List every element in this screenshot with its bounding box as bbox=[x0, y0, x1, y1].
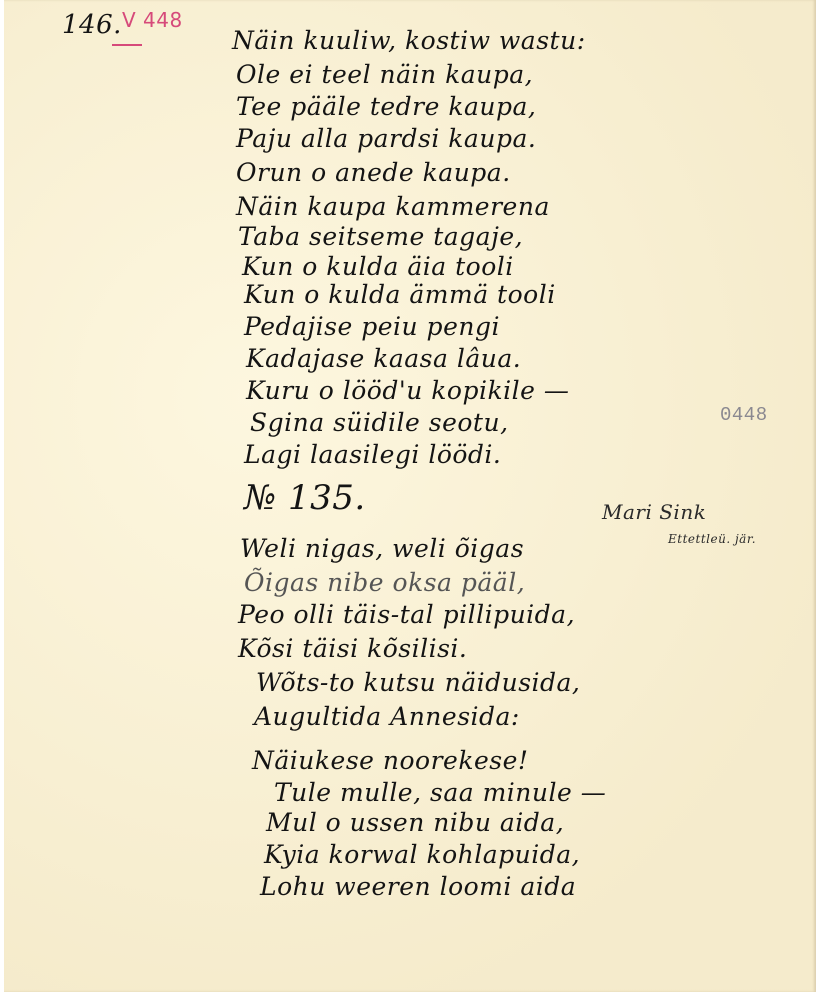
verse-line: Näiukese noorekese! bbox=[252, 746, 528, 775]
song-number: № 135. bbox=[244, 478, 366, 518]
verse-line: Orun o anede kaupa. bbox=[236, 158, 511, 187]
verse-line: Augultida Annesida: bbox=[254, 702, 520, 731]
verse-line: Pedajise peiu pengi bbox=[244, 312, 500, 341]
verse-line: Lagi laasilegi löödi. bbox=[244, 440, 501, 469]
verse-line: Kyia korwal kohlapuida, bbox=[264, 840, 580, 869]
singer-village: Ettettleü. jär. bbox=[668, 532, 756, 546]
verse-line: Kun o kulda ämmä tooli bbox=[244, 280, 556, 309]
verse-line: Ole ei teel näin kaupa, bbox=[236, 60, 533, 89]
verse-line: Lohu weeren loomi aida bbox=[260, 872, 576, 901]
verse-line: Tule mulle, saa minule — bbox=[274, 778, 606, 807]
verse-line: Paju alla pardsi kaupa. bbox=[236, 124, 536, 153]
manuscript-page: 146. V 448 0448 Näin kuuliw, kostiw wast… bbox=[4, 0, 816, 992]
verse-line: Kadajase kaasa lâua. bbox=[246, 344, 521, 373]
page-number: 146. bbox=[62, 10, 122, 40]
verse-line: Wõts-to kutsu näidusida, bbox=[256, 668, 580, 697]
verse-line: Sgina süidile seotu, bbox=[250, 408, 509, 437]
verse-line: Peo olli täis-tal pillipuida, bbox=[238, 600, 575, 629]
stamp-number: 0448 bbox=[720, 404, 768, 426]
verse-line: Kun o kulda äia tooli bbox=[242, 252, 514, 281]
singer-name: Mari Sink bbox=[602, 500, 706, 524]
verse-line: Õigas nibe oksa pääl, bbox=[244, 568, 525, 597]
verse-line: Tee pääle tedre kaupa, bbox=[236, 92, 536, 121]
archive-reference: V 448 bbox=[122, 8, 183, 32]
verse-line: Weli nigas, weli õigas bbox=[240, 534, 524, 563]
verse-line: Näin kaupa kammerena bbox=[236, 192, 550, 221]
verse-line: Mul o ussen nibu aida, bbox=[266, 808, 564, 837]
verse-line: Näin kuuliw, kostiw wastu: bbox=[232, 26, 586, 55]
verse-line: Kuru o lööd'u kopikile — bbox=[246, 376, 569, 405]
verse-line: Taba seitseme tagaje, bbox=[238, 222, 523, 251]
archive-reference-underline bbox=[112, 44, 142, 46]
verse-line: Kõsi täisi kõsilisi. bbox=[238, 634, 467, 663]
